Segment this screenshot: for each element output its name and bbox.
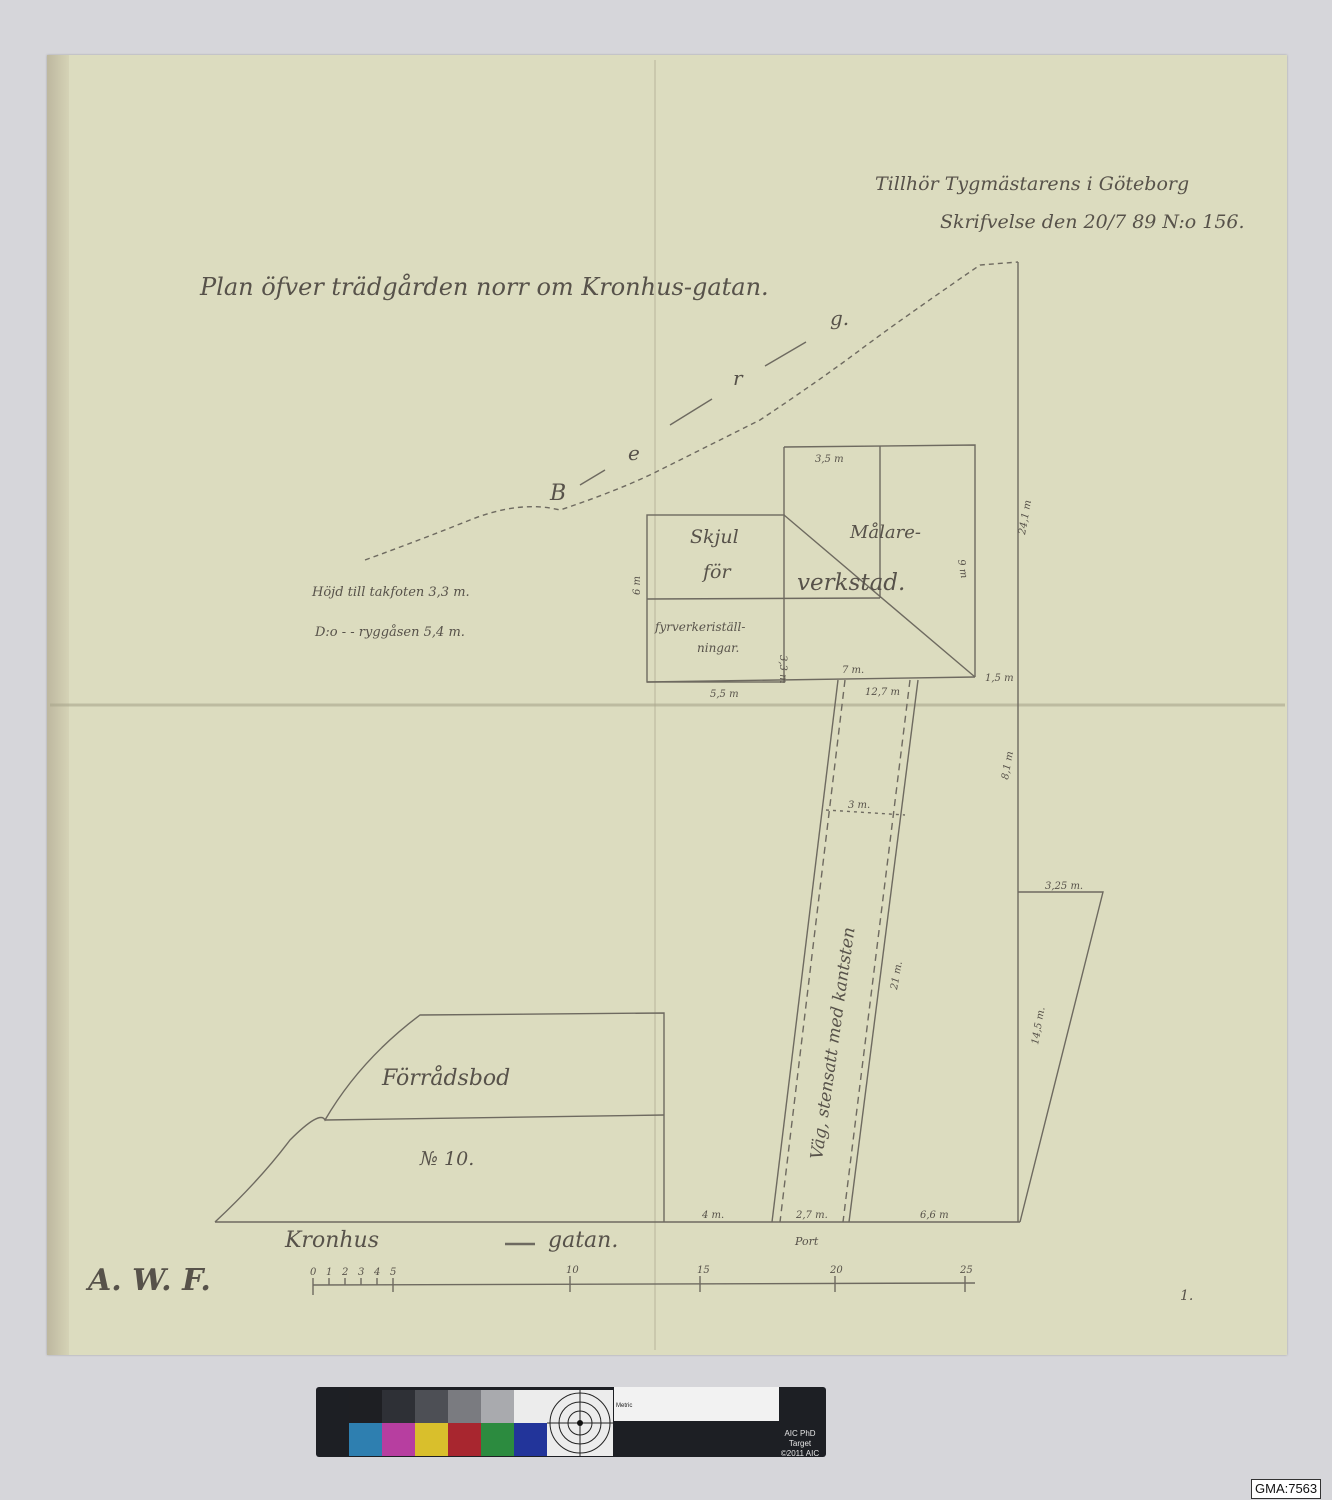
signature: A. W. F. [85, 1263, 211, 1298]
dim-6m: 6 m [632, 576, 643, 595]
street-label-gatan: gatan. [548, 1228, 618, 1253]
header-note-line1: Tillhör Tygmästarens i Göteborg [875, 173, 1189, 195]
dim-9m: 9 m [955, 559, 969, 580]
svg-text:20: 20 [829, 1265, 843, 1276]
svg-text:15: 15 [697, 1265, 710, 1276]
dim-1-5m: 1,5 m [985, 673, 1014, 684]
label-number-10: № 10. [419, 1148, 474, 1170]
label-port: Port [794, 1235, 819, 1248]
label-skjul: Skjul [690, 526, 739, 548]
page-mark: 1. [1180, 1288, 1193, 1304]
catalog-id-label: GMA:7563 [1251, 1479, 1321, 1499]
dim-2-7m: 2,7 m. [795, 1210, 828, 1221]
label-road: Väg, stensatt med kantsten [807, 926, 859, 1161]
dim-3-3m: 3,3 m [777, 655, 788, 684]
gray-swatch-4 [448, 1390, 481, 1423]
svg-text:25: 25 [959, 1265, 973, 1276]
gray-swatch-2 [382, 1390, 415, 1423]
hill-letter-r: r [733, 366, 744, 390]
hill-letter-b: B [549, 481, 566, 506]
svg-text:4: 4 [373, 1267, 380, 1278]
height-note-eaves: Höjd till takfoten 3,3 m. [311, 585, 470, 600]
dim-3-25m: 3,25 m. [1045, 881, 1083, 892]
svg-text:2: 2 [341, 1267, 348, 1278]
dim-6-6m: 6,6 m [920, 1210, 949, 1221]
dim-21m: 21 m. [889, 960, 905, 991]
hill-letter-g: g. [830, 306, 849, 330]
dim-12-7m: 12,7 m [865, 687, 900, 698]
street-label-kronhus: Kronhus [284, 1228, 379, 1253]
svg-text:1: 1 [326, 1267, 332, 1278]
green-swatch [481, 1423, 514, 1456]
height-note-ridge: D:o - - ryggåsen 5,4 m. [314, 624, 465, 640]
site-plan-drawing: Plan öfver trädgården norr om Kronhus-ga… [0, 0, 1332, 1500]
label-fyrverkeri: fyrverkeriställ- [654, 620, 745, 634]
label-for: för [701, 561, 732, 583]
svg-text:3: 3 [358, 1267, 364, 1278]
gray-swatch-1 [349, 1390, 382, 1423]
scale-bar-labels: 0 1 2 3 4 5 10 15 20 25 [310, 1265, 973, 1278]
target-label: AIC PhD Target ©2011 AIC [774, 1429, 826, 1459]
label-fyrverkeri-2: ningar. [697, 641, 739, 655]
header-note-line2: Skrifvelse den 20/7 89 N:o 156. [940, 211, 1245, 233]
dim-3-5m: 3,5 m [815, 454, 844, 465]
svg-text:0: 0 [310, 1267, 317, 1278]
color-calibration-target: Metric AIC PhD Target ©2011 AIC [316, 1387, 826, 1457]
yellow-swatch [415, 1423, 448, 1456]
red-swatch [448, 1423, 481, 1456]
blue-swatch [514, 1423, 547, 1456]
gray-swatch-6 [514, 1390, 547, 1423]
dim-24-1m: 24,1 m [1017, 499, 1034, 536]
svg-text:5: 5 [390, 1267, 396, 1278]
plan-title: Plan öfver trädgården norr om Kronhus-ga… [199, 272, 769, 301]
dim-4m: 4 m. [701, 1210, 724, 1221]
dim-5-5m: 5,5 m [710, 689, 739, 700]
dim-14-5m: 14,5 m. [1030, 1006, 1047, 1045]
magenta-swatch [382, 1423, 415, 1456]
gray-swatch-3 [415, 1390, 448, 1423]
dim-7m: 7 m. [842, 665, 864, 676]
cyan-swatch [349, 1423, 382, 1456]
svg-text:10: 10 [566, 1265, 579, 1276]
label-forradsbod: Förrådsbod [381, 1064, 510, 1091]
dim-3m: 3 m. [848, 800, 870, 811]
target-circle-icon [547, 1390, 613, 1456]
metric-ruler: Metric [614, 1387, 779, 1421]
gray-swatch-5 [481, 1390, 514, 1423]
hill-letter-e: e [628, 441, 640, 465]
label-verkstad: verkstad. [797, 570, 905, 596]
label-malare: Målare- [849, 521, 921, 543]
dim-8-1m: 8,1 m [1000, 750, 1016, 780]
